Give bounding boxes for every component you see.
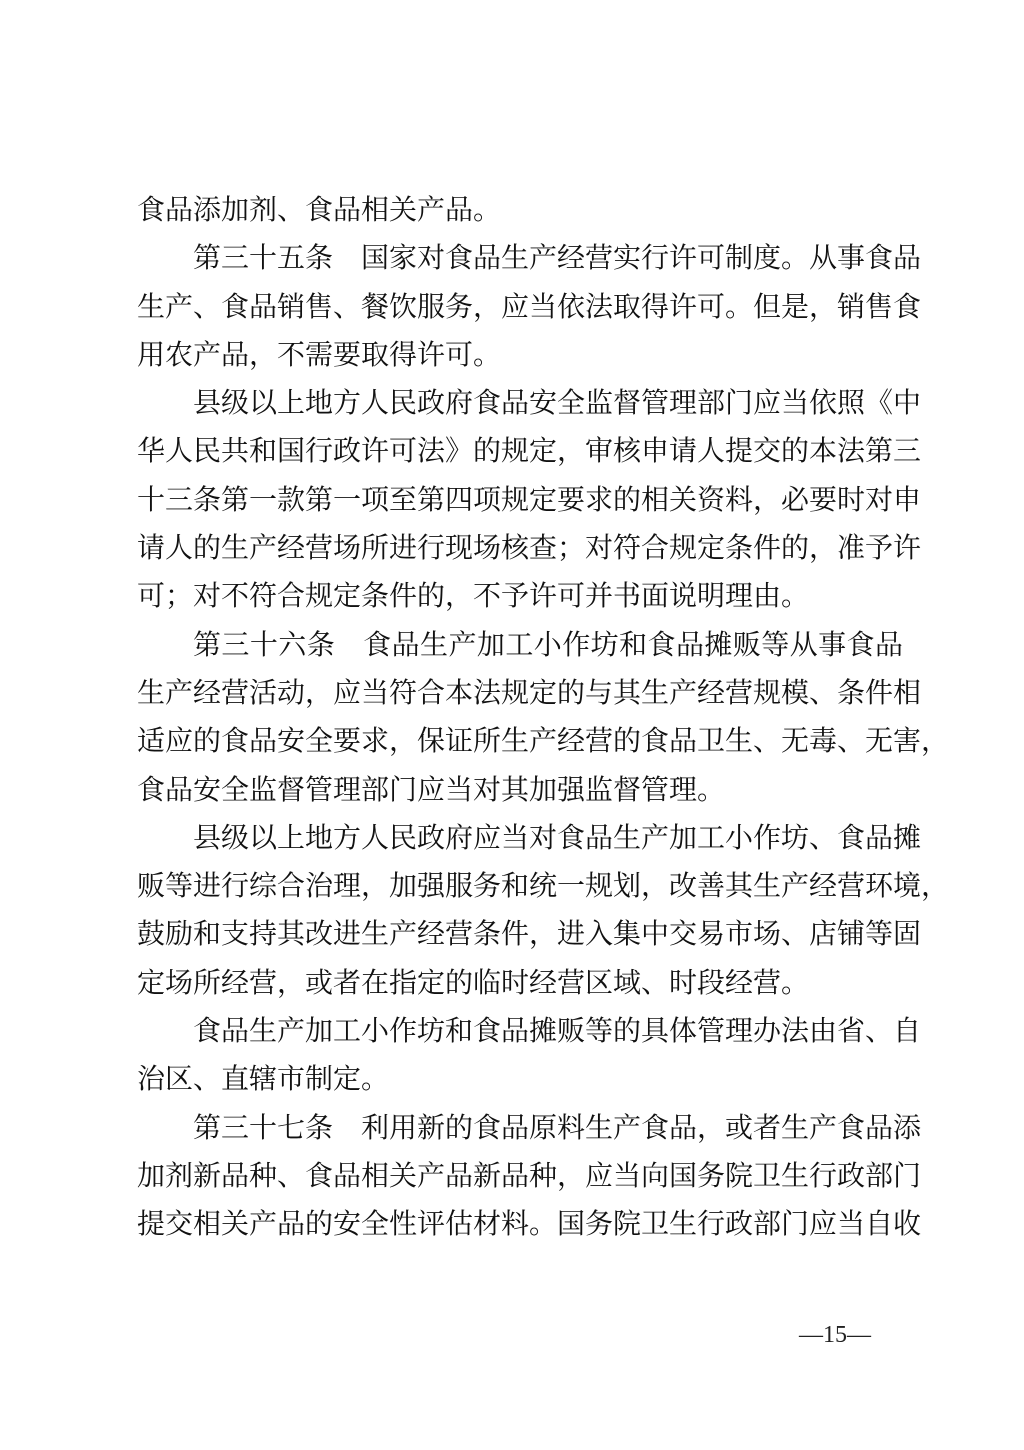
line-text: 利用新的食品原料生产食品，或者生产食品添	[361, 1111, 921, 1144]
text-line: 十三条第一款第一项至第四项规定要求的相关资料，必要时对申	[137, 476, 903, 524]
line-text: 贩等进行综合治理，加强服务和统一规划，改善其生产经营环境，	[137, 869, 949, 902]
text-line: 定场所经营，或者在指定的临时经营区域、时段经营。	[137, 959, 903, 1007]
paragraph-start-line: 县级以上地方人民政府食品安全监督管理部门应当依照《中	[137, 379, 903, 427]
text-line: 适应的食品安全要求，保证所生产经营的食品卫生、无毒、无害，	[137, 717, 903, 765]
line-text: 十三条第一款第一项至第四项规定要求的相关资料，必要时对申	[137, 483, 921, 516]
line-text: 鼓励和支持其改进生产经营条件，进入集中交易市场、店铺等固	[137, 917, 921, 950]
line-text: 县级以上地方人民政府食品安全监督管理部门应当依照《中	[193, 386, 921, 419]
article-heading-line: 第三十七条利用新的食品原料生产食品，或者生产食品添	[137, 1104, 903, 1152]
line-text: 定场所经营，或者在指定的临时经营区域、时段经营。	[137, 966, 809, 999]
line-text: 华人民共和国行政许可法》的规定，审核申请人提交的本法第三	[137, 434, 921, 467]
line-text: 食品添加剂、食品相关产品。	[137, 193, 501, 226]
line-text: 用农产品，不需要取得许可。	[137, 338, 501, 371]
line-text: 食品安全监督管理部门应当对其加强监督管理。	[137, 773, 725, 806]
line-text: 提交相关产品的安全性评估材料。国务院卫生行政部门应当自收	[137, 1207, 921, 1240]
line-text: 加剂新品种、食品相关产品新品种，应当向国务院卫生行政部门	[137, 1159, 921, 1192]
line-text: 生产、食品销售、餐饮服务，应当依法取得许可。但是，销售食	[137, 290, 921, 323]
text-line: 贩等进行综合治理，加强服务和统一规划，改善其生产经营环境，	[137, 862, 903, 910]
line-text: 请人的生产经营场所进行现场核查；对符合规定条件的，准予许	[137, 531, 921, 564]
page-number: —15—	[770, 1322, 900, 1349]
article-number: 第三十六条	[193, 628, 335, 661]
text-line: 鼓励和支持其改进生产经营条件，进入集中交易市场、店铺等固	[137, 910, 903, 958]
line-text: 治区、直辖市制定。	[137, 1062, 389, 1095]
text-line: 加剂新品种、食品相关产品新品种，应当向国务院卫生行政部门	[137, 1152, 903, 1200]
text-line: 生产经营活动，应当符合本法规定的与其生产经营规模、条件相	[137, 669, 903, 717]
line-text: 适应的食品安全要求，保证所生产经营的食品卫生、无毒、无害，	[137, 724, 949, 757]
text-line: 请人的生产经营场所进行现场核查；对符合规定条件的，准予许	[137, 524, 903, 572]
line-text: 食品生产加工小作坊和食品摊贩等的具体管理办法由省、自	[193, 1014, 921, 1047]
text-line: 用农产品，不需要取得许可。	[137, 331, 903, 379]
article-heading-line: 第三十五条国家对食品生产经营实行许可制度。从事食品	[137, 234, 903, 282]
article-number: 第三十七条	[193, 1111, 333, 1144]
article-number: 第三十五条	[193, 241, 333, 274]
text-line: 提交相关产品的安全性评估材料。国务院卫生行政部门应当自收	[137, 1200, 903, 1248]
paragraph-start-line: 食品生产加工小作坊和食品摊贩等的具体管理办法由省、自	[137, 1007, 903, 1055]
text-line: 食品添加剂、食品相关产品。	[137, 186, 903, 234]
line-text: 食品生产加工小作坊和食品摊贩等从事食品	[363, 628, 903, 661]
document-body: 食品添加剂、食品相关产品。 第三十五条国家对食品生产经营实行许可制度。从事食品 …	[137, 186, 903, 1249]
text-line: 生产、食品销售、餐饮服务，应当依法取得许可。但是，销售食	[137, 283, 903, 331]
text-line: 可；对不符合规定条件的，不予许可并书面说明理由。	[137, 572, 903, 620]
paragraph-start-line: 县级以上地方人民政府应当对食品生产加工小作坊、食品摊	[137, 814, 903, 862]
text-line: 食品安全监督管理部门应当对其加强监督管理。	[137, 766, 903, 814]
line-text: 县级以上地方人民政府应当对食品生产加工小作坊、食品摊	[193, 821, 921, 854]
line-text: 国家对食品生产经营实行许可制度。从事食品	[361, 241, 921, 274]
article-heading-line: 第三十六条食品生产加工小作坊和食品摊贩等从事食品	[137, 621, 903, 669]
text-line: 治区、直辖市制定。	[137, 1055, 903, 1103]
line-text: 生产经营活动，应当符合本法规定的与其生产经营规模、条件相	[137, 676, 921, 709]
line-text: 可；对不符合规定条件的，不予许可并书面说明理由。	[137, 579, 809, 612]
text-line: 华人民共和国行政许可法》的规定，审核申请人提交的本法第三	[137, 427, 903, 475]
